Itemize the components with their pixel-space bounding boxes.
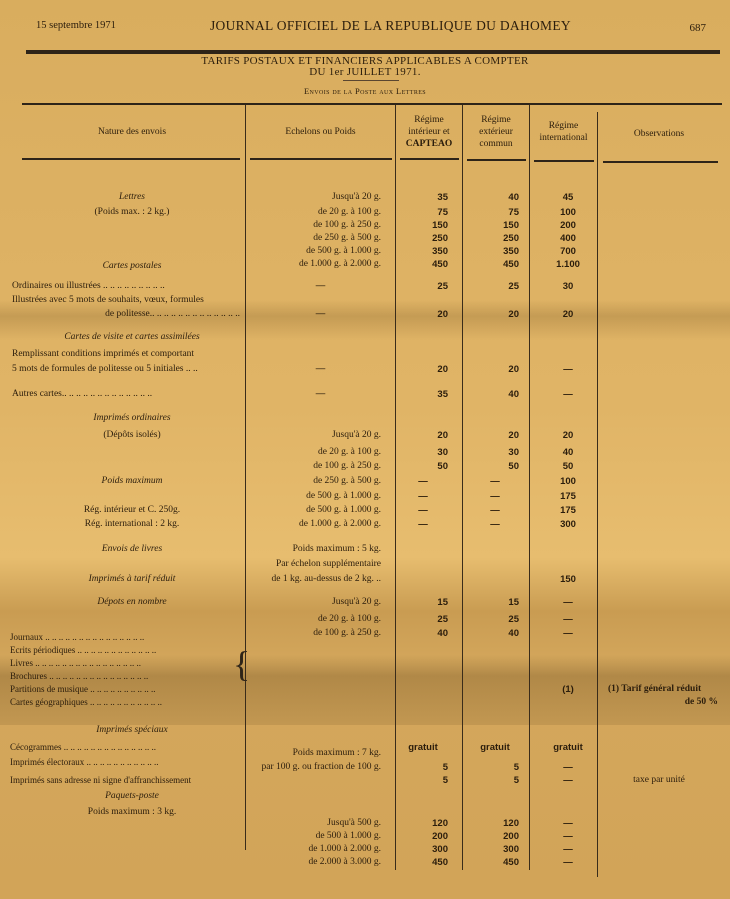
exterieur-value: 450 — [465, 259, 519, 270]
exterieur-value: — — [470, 505, 520, 516]
international-value: — — [540, 857, 596, 868]
international-value: 700 — [540, 246, 596, 257]
international-value: 400 — [540, 233, 596, 244]
nature-cell: Brochures .. .. .. .. .. .. .. .. .. .. … — [10, 671, 240, 681]
nature-cell: Illustrées avec 5 mots de souhaits, vœux… — [12, 295, 240, 305]
interieur-value: 450 — [398, 857, 448, 868]
international-value: 100 — [540, 207, 596, 218]
nature-cell: Autres cartes.. .. .. .. .. .. .. .. .. … — [12, 389, 240, 399]
group-brace: { — [233, 646, 250, 682]
column-divider — [395, 105, 396, 870]
interieur-value: 150 — [398, 220, 448, 231]
nature-cell: (Dépôts isolés) — [22, 430, 242, 440]
interieur-value: 5 — [398, 775, 448, 786]
echelon-cell: de 500 g. à 1.000 g. — [244, 505, 381, 515]
column-divider — [462, 105, 463, 870]
column-header-observations: Observations — [600, 128, 718, 140]
nature-cell: Remplissant conditions imprimés et compo… — [12, 349, 240, 359]
exterieur-value: gratuit — [470, 742, 520, 753]
page-number: 687 — [690, 22, 707, 34]
nature-cell: de politesse.. .. .. .. .. .. .. .. .. .… — [24, 309, 240, 319]
exterieur-value: 40 — [465, 192, 519, 203]
echelon-cell: Poids maximum : 5 kg. — [244, 544, 381, 554]
nature-cell: Rég. intérieur et C. 250g. — [22, 505, 242, 515]
international-value: 30 — [540, 281, 596, 292]
header-underline — [250, 158, 392, 160]
interieur-value: 25 — [398, 281, 448, 292]
echelon-cell: Jusqu'à 500 g. — [244, 818, 381, 828]
interieur-value: 450 — [398, 259, 448, 270]
echelon-cell: de 250 g. à 500 g. — [244, 233, 381, 243]
interieur-value: 50 — [398, 461, 448, 472]
echelon-cell: de 250 g. à 500 g. — [244, 476, 381, 486]
interieur-value: 75 — [398, 207, 448, 218]
international-value: 175 — [540, 505, 596, 516]
interieur-value: 25 — [398, 614, 448, 625]
international-value: 150 — [540, 574, 596, 585]
echelon-cell: Jusqu'à 20 g. — [244, 430, 381, 440]
exterieur-value: 5 — [465, 775, 519, 786]
nature-cell: Imprimés spéciaux — [22, 725, 242, 735]
international-value: 100 — [540, 476, 596, 487]
international-value: — — [540, 762, 596, 773]
international-value: — — [540, 597, 596, 608]
exterieur-value: — — [470, 476, 520, 487]
international-value: 45 — [540, 192, 596, 203]
exterieur-value: — — [470, 519, 520, 530]
interieur-value: gratuit — [398, 742, 448, 753]
interieur-value: 35 — [398, 192, 448, 203]
echelon-cell: de 20 g. à 100 g. — [244, 447, 381, 457]
international-value: 20 — [540, 430, 596, 441]
column-divider — [529, 105, 530, 870]
nature-cell: Lettres — [22, 192, 242, 202]
international-value: — — [540, 831, 596, 842]
exterieur-value: — — [470, 491, 520, 502]
exterieur-value: 25 — [465, 614, 519, 625]
column-header-echelons: Echelons ou Poids — [248, 126, 393, 138]
nature-cell: 5 mots de formules de politesse ou 5 ini… — [12, 364, 240, 374]
nature-cell: Imprimés ordinaires — [22, 413, 242, 423]
nature-cell: Ordinaires ou illustrées .. .. .. .. .. … — [12, 281, 240, 291]
echelon-cell: — — [248, 389, 393, 399]
interieur-value: 20 — [398, 364, 448, 375]
nature-cell: Poids maximum — [22, 476, 242, 486]
international-value: 20 — [540, 309, 596, 320]
exterieur-value: 200 — [465, 831, 519, 842]
exterieur-value: 20 — [465, 364, 519, 375]
exterieur-value: 50 — [465, 461, 519, 472]
echelon-cell: Par échelon supplémentaire — [244, 559, 381, 569]
nature-cell: Ecrits périodiques .. .. .. .. .. .. .. … — [10, 645, 240, 655]
nature-cell: Cartes géographiques .. .. .. .. .. .. .… — [10, 697, 240, 707]
nature-cell: Cartes postales — [22, 261, 242, 271]
header-underline — [534, 160, 594, 162]
echelon-cell: de 500 à 1.000 g. — [244, 831, 381, 841]
echelon-cell: de 100 g. à 250 g. — [244, 461, 381, 471]
journal-title: JOURNAL OFFICIEL DE LA REPUBLIQUE DU DAH… — [210, 18, 571, 34]
nature-cell: Paquets-poste — [22, 791, 242, 801]
title-divider — [343, 80, 399, 81]
international-value: 200 — [540, 220, 596, 231]
nature-cell: Imprimés électoraux .. .. .. .. .. .. ..… — [10, 757, 240, 767]
observation-note: de 50 % — [608, 697, 718, 707]
document-title-line2: DU 1er JUILLET 1971. — [200, 66, 530, 78]
interieur-value: 300 — [398, 844, 448, 855]
interieur-value: — — [398, 519, 448, 530]
exterieur-value: 150 — [465, 220, 519, 231]
exterieur-value: 15 — [465, 597, 519, 608]
column-header-exterieur: Régime extérieur commun — [464, 114, 528, 150]
interieur-value: 250 — [398, 233, 448, 244]
column-header-interieur: Régime intérieur et CAPTEAO — [397, 114, 461, 150]
international-value: — — [540, 614, 596, 625]
observation-note: (1) Tarif général réduit — [608, 684, 720, 694]
interieur-value: 200 — [398, 831, 448, 842]
issue-date: 15 septembre 1971 — [36, 20, 116, 31]
echelon-cell: de 1.000 à 2.000 g. — [244, 844, 381, 854]
echelon-cell: Jusqu'à 20 g. — [244, 597, 381, 607]
echelon-cell: de 1 kg. au-dessus de 2 kg. .. — [244, 574, 381, 584]
exterieur-value: 20 — [465, 309, 519, 320]
nature-cell: Rég. international : 2 kg. — [22, 519, 242, 529]
international-value: 50 — [540, 461, 596, 472]
exterieur-value: 120 — [465, 818, 519, 829]
exterieur-value: 5 — [465, 762, 519, 773]
nature-cell: (Poids max. : 2 kg.) — [22, 207, 242, 217]
echelon-cell: Poids maximum : 7 kg. — [244, 748, 381, 758]
nature-cell: Livres .. .. .. .. .. .. .. .. .. .. .. … — [10, 658, 240, 668]
interieur-value: — — [398, 476, 448, 487]
echelon-cell: de 500 g. à 1.000 g. — [244, 491, 381, 501]
echelon-cell: — — [248, 281, 393, 291]
nature-cell: Poids maximum : 3 kg. — [22, 807, 242, 817]
international-value: — — [540, 775, 596, 786]
interieur-value: 20 — [398, 430, 448, 441]
echelon-cell: de 20 g. à 100 g. — [244, 207, 381, 217]
interieur-value: — — [398, 505, 448, 516]
international-value: — — [540, 389, 596, 400]
nature-cell: Cartes de visite et cartes assimilées — [22, 332, 242, 342]
echelon-cell: — — [248, 364, 393, 374]
header-rule — [26, 50, 720, 54]
international-value: — — [540, 364, 596, 375]
echelon-cell: de 20 g. à 100 g. — [244, 614, 381, 624]
international-value: 40 — [540, 447, 596, 458]
nature-cell: Envois de livres — [22, 544, 242, 554]
observation-note: taxe par unité — [600, 775, 718, 785]
header-underline — [400, 158, 459, 160]
international-value: 1.100 — [540, 259, 596, 270]
interieur-value: 30 — [398, 447, 448, 458]
echelon-cell: par 100 g. ou fraction de 100 g. — [244, 762, 381, 772]
international-value: gratuit — [540, 742, 596, 753]
interieur-value: — — [398, 491, 448, 502]
echelon-cell: de 1.000 g. à 2.000 g. — [244, 259, 381, 269]
nature-cell: Imprimés à tarif réduit — [22, 574, 242, 584]
header-underline — [22, 158, 240, 160]
international-value: — — [540, 844, 596, 855]
international-value: — — [540, 628, 596, 639]
exterieur-value: 75 — [465, 207, 519, 218]
nature-cell: Dépots en nombre — [22, 597, 242, 607]
echelon-cell: — — [248, 309, 393, 319]
exterieur-value: 40 — [465, 628, 519, 639]
nature-cell: Imprimés sans adresse ni signe d'affranc… — [10, 775, 240, 785]
interieur-value: 120 — [398, 818, 448, 829]
international-value: (1) — [540, 684, 596, 695]
exterieur-value: 25 — [465, 281, 519, 292]
exterieur-value: 250 — [465, 233, 519, 244]
column-header-nature: Nature des envois — [22, 126, 242, 138]
interieur-value: 350 — [398, 246, 448, 257]
echelon-cell: de 100 g. à 250 g. — [244, 628, 381, 638]
column-divider — [597, 112, 598, 877]
exterieur-value: 350 — [465, 246, 519, 257]
nature-cell: Journaux .. .. .. .. .. .. .. .. .. .. .… — [10, 632, 240, 642]
echelon-cell: de 1.000 g. à 2.000 g. — [244, 519, 381, 529]
header-underline — [467, 159, 526, 161]
column-header-international: Régime international — [531, 120, 596, 144]
exterieur-value: 20 — [465, 430, 519, 441]
international-value: 175 — [540, 491, 596, 502]
interieur-value: 40 — [398, 628, 448, 639]
echelon-cell: Jusqu'à 20 g. — [244, 192, 381, 202]
echelon-cell: de 2.000 à 3.000 g. — [244, 857, 381, 867]
exterieur-value: 30 — [465, 447, 519, 458]
nature-cell: Partitions de musique .. .. .. .. .. .. … — [10, 684, 240, 694]
interieur-value: 20 — [398, 309, 448, 320]
echelon-cell: de 500 g. à 1.000 g. — [244, 246, 381, 256]
header-underline — [603, 161, 718, 163]
nature-cell: Cécogrammes .. .. .. .. .. .. .. .. .. .… — [10, 742, 240, 752]
international-value: — — [540, 818, 596, 829]
section-subtitle: Envois de la Poste aux Lettres — [200, 86, 530, 96]
exterieur-value: 450 — [465, 857, 519, 868]
table-top-rule — [22, 103, 722, 105]
international-value: 300 — [540, 519, 596, 530]
echelon-cell: de 100 g. à 250 g. — [244, 220, 381, 230]
interieur-value: 5 — [398, 762, 448, 773]
interieur-value: 15 — [398, 597, 448, 608]
exterieur-value: 40 — [465, 389, 519, 400]
exterieur-value: 300 — [465, 844, 519, 855]
interieur-value: 35 — [398, 389, 448, 400]
